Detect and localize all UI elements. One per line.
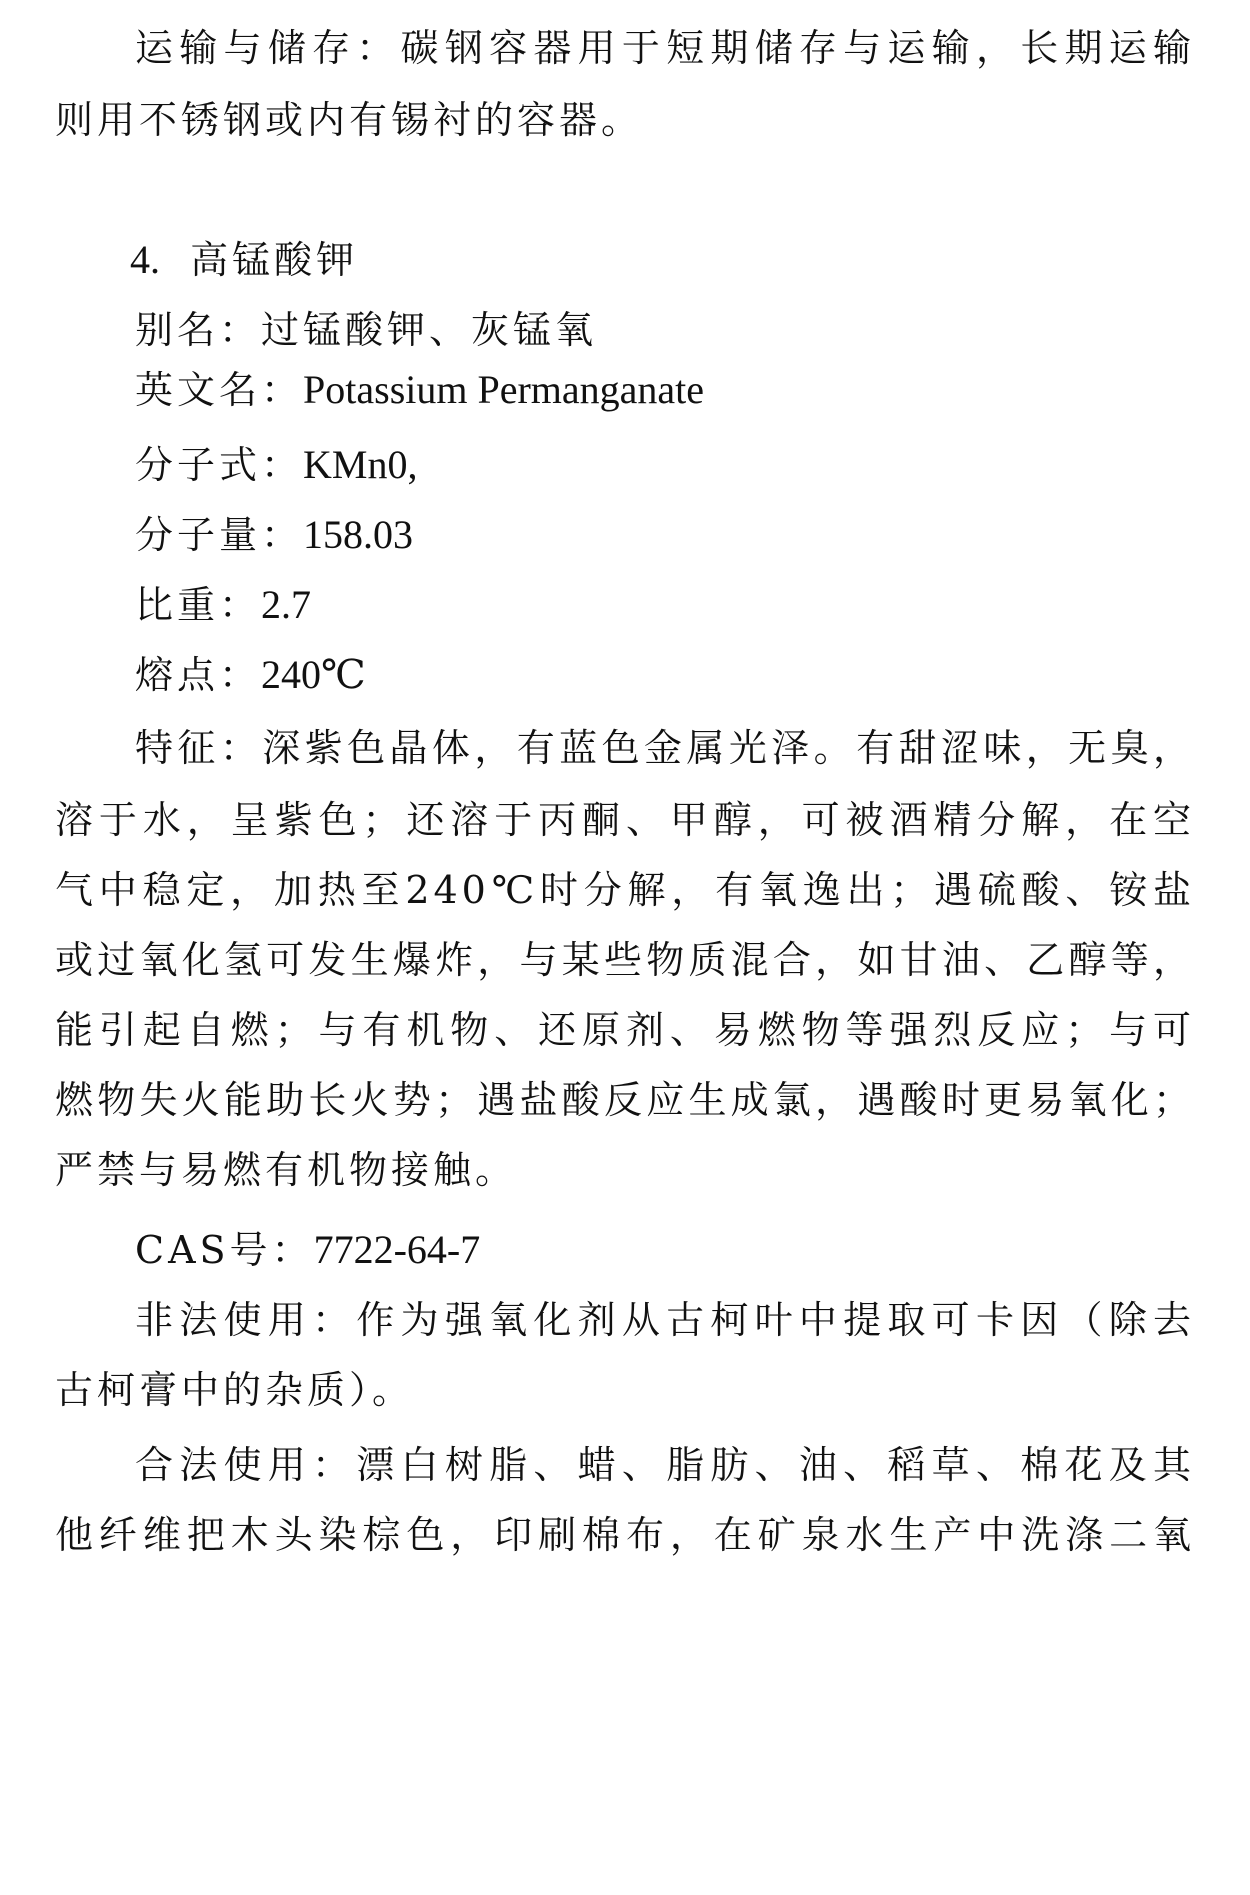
field-specific-gravity: 比重：2.7	[135, 577, 311, 633]
characteristics-line-3: 气中稳定，加热至240℃时分解，有氧逸出；遇硫酸、铵盐	[55, 862, 1195, 918]
illegal-use-line-1: 非法使用：作为强氧化剂从古柯叶中提取可卡因（除去	[135, 1292, 1195, 1348]
field-alias: 别名：过锰酸钾、灰锰氧	[135, 302, 597, 358]
field-label: 英文名：	[135, 368, 303, 412]
characteristics-line-6: 燃物失火能助长火势；遇盐酸反应生成氯，遇酸时更易氧化；	[55, 1072, 1195, 1128]
characteristics-line-7: 严禁与易燃有机物接触。	[55, 1142, 1195, 1198]
characteristics-line-1: 特征：深紫色晶体，有蓝色金属光泽。有甜涩味，无臭，	[135, 720, 1195, 776]
characteristics-line-5: 能引起自燃；与有机物、还原剂、易燃物等强烈反应；与可	[55, 1002, 1195, 1058]
field-value: 240℃	[261, 652, 366, 697]
section-number: 4.	[130, 237, 160, 282]
storage-paragraph-line-2: 则用不锈钢或内有锡衬的容器。	[55, 92, 1195, 148]
section-heading: 4. 高锰酸钾	[130, 232, 358, 288]
legal-use-line-1: 合法使用：漂白树脂、蜡、脂肪、油、稻草、棉花及其	[135, 1437, 1195, 1493]
legal-use-line-2: 他纤维把木头染棕色，印刷棉布，在矿泉水生产中洗涤二氧	[55, 1507, 1195, 1563]
field-value: 158.03	[303, 512, 413, 557]
section-title: 高锰酸钾	[190, 238, 358, 282]
field-value: 7722-64-7	[314, 1227, 481, 1272]
field-value: 过锰酸钾、灰锰氧	[261, 308, 597, 352]
field-value: Potassium Permanganate	[303, 367, 704, 412]
field-melting-point: 熔点：240℃	[135, 647, 366, 703]
field-label: 熔点：	[135, 653, 261, 697]
field-cas: CAS号：7722-64-7	[135, 1222, 480, 1278]
field-value: KMn0,	[303, 442, 417, 487]
field-formula: 分子式：KMn0,	[135, 437, 417, 493]
field-label: 分子量：	[135, 513, 303, 557]
characteristics-line-4: 或过氧化氢可发生爆炸，与某些物质混合，如甘油、乙醇等，	[55, 932, 1195, 988]
storage-paragraph-line-1: 运输与储存：碳钢容器用于短期储存与运输，长期运输	[135, 20, 1195, 76]
illegal-use-line-2: 古柯膏中的杂质）。	[55, 1362, 1195, 1418]
field-english-name: 英文名：Potassium Permanganate	[135, 362, 704, 418]
field-molecular-weight: 分子量：158.03	[135, 507, 413, 563]
field-label: 比重：	[135, 583, 261, 627]
field-label: 分子式：	[135, 443, 303, 487]
document-page: 运输与储存：碳钢容器用于短期储存与运输，长期运输 则用不锈钢或内有锡衬的容器。 …	[0, 0, 1250, 1895]
field-label: 别名：	[135, 308, 261, 352]
characteristics-line-2: 溶于水，呈紫色；还溶于丙酮、甲醇，可被酒精分解，在空	[55, 792, 1195, 848]
field-value: 2.7	[261, 582, 311, 627]
field-label: CAS号：	[135, 1228, 314, 1272]
